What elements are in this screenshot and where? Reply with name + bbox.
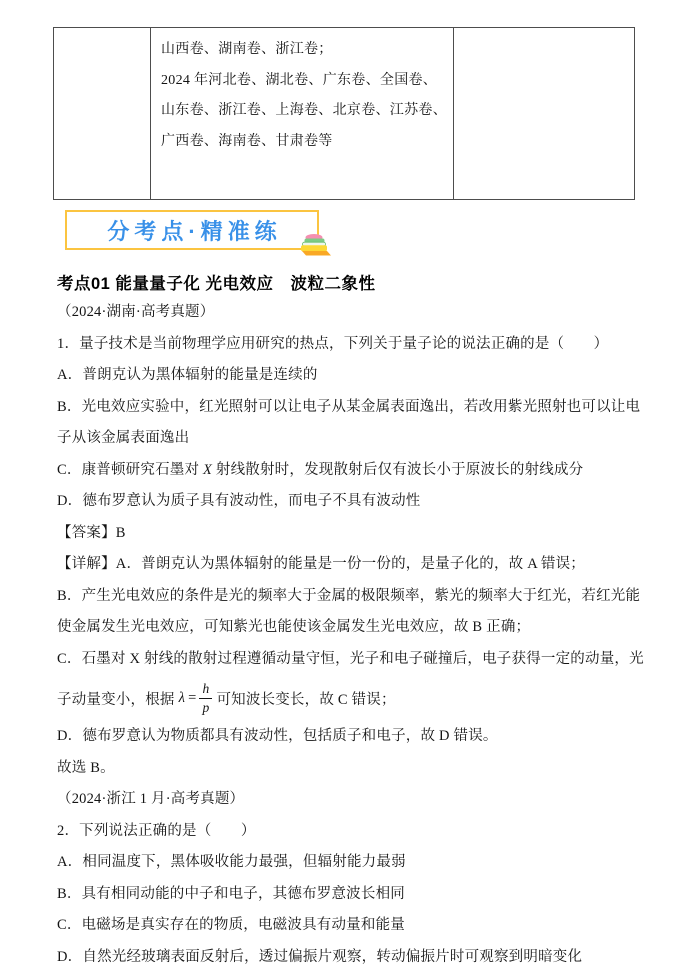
question1-option-b-line2: 子从该金属表面逸出 xyxy=(57,423,637,455)
question2-option-b: B．具有相同动能的中子和电子，其德布罗意波长相同 xyxy=(57,879,637,911)
table-cell-papers: 山西卷、湖南卷、浙江卷； 2024 年河北卷、湖北卷、广东卷、全国卷、 山东卷、… xyxy=(151,28,454,200)
answer-label: 【答案】B xyxy=(57,518,637,550)
question2-option-a: A．相同温度下，黑体吸收能力最强，但辐射能力最弱 xyxy=(57,847,637,879)
papers-text-line: 广西卷、海南卷、甘肃卷等 xyxy=(161,127,447,158)
wavelength-formula: λ = h p xyxy=(179,681,213,715)
fraction-h-over-p: h p xyxy=(199,681,212,715)
books-stack-icon xyxy=(298,231,334,259)
denominator-p: p xyxy=(202,699,209,716)
papers-text-line: 山东卷、浙江卷、上海卷、北京卷、江苏卷、 xyxy=(161,96,447,127)
table-cell-left-empty xyxy=(54,28,151,200)
question1-option-c: C．康普顿研究石墨对 X 射线散射时，发现散射后仅有波长小于原波长的射线成分 xyxy=(57,455,637,487)
question2-stem: 2．下列说法正确的是（ ） xyxy=(57,816,637,848)
document-content: （2024·湖南·高考真题） 1．量子技术是当前物理学应用研究的热点，下列关于量… xyxy=(57,297,637,973)
table-row: 山西卷、湖南卷、浙江卷； 2024 年河北卷、湖北卷、广东卷、全国卷、 山东卷、… xyxy=(54,28,635,200)
option-c-text: 射线散射时，发现散射后仅有波长小于原波长的射线成分 xyxy=(212,462,583,478)
topic-heading: 考点01 能量量子化 光电效应 波粒二象性 xyxy=(57,270,376,294)
explanation-a: 【详解】A．普朗克认为黑体辐射的能量是一份一份的，是量子化的，故 A 错误； xyxy=(57,549,637,581)
question1-option-b-line1: B．光电效应实验中，红光照射可以让电子从某金属表面逸出，若改用紫光照射也可以让电 xyxy=(57,392,637,424)
question1-source: （2024·湖南·高考真题） xyxy=(57,297,637,329)
question2-option-d: D．自然光经玻璃表面反射后，透过偏振片观察，转动偏振片时可观察到明暗变化 xyxy=(57,942,637,974)
explanation-b-line2: 使金属发生光电效应，可知紫光也能使该金属发生光电效应，故 B 正确； xyxy=(57,612,637,644)
banner-title: 分考点·精准练 xyxy=(102,215,281,246)
explanation-d: D．德布罗意认为物质都具有波动性，包括质子和电子，故 D 错误。 xyxy=(57,721,637,753)
lambda-symbol: λ xyxy=(179,690,185,707)
question1-stem: 1．量子技术是当前物理学应用研究的热点，下列关于量子论的说法正确的是（ ） xyxy=(57,329,637,361)
x-ray-variable: X xyxy=(203,462,212,478)
section-banner: 分考点·精准练 xyxy=(65,210,319,250)
exam-papers-table: 山西卷、湖南卷、浙江卷； 2024 年河北卷、湖北卷、广东卷、全国卷、 山东卷、… xyxy=(53,27,635,200)
papers-text-line: 2024 年河北卷、湖北卷、广东卷、全国卷、 xyxy=(161,66,447,97)
question1-option-d: D．德布罗意认为质子具有波动性，而电子不具有波动性 xyxy=(57,486,637,518)
papers-text-line: 山西卷、湖南卷、浙江卷； xyxy=(161,35,447,66)
explanation-c-text: 可知波长变长，故 C 错误； xyxy=(216,688,395,709)
option-c-text: C．康普顿研究石墨对 xyxy=(57,462,203,478)
conclusion: 故选 B。 xyxy=(57,753,637,785)
explanation-c-line2: 子动量变小，根据 λ = h p 可知波长变长，故 C 错误； xyxy=(57,675,637,721)
explanation-b-line1: B．产生光电效应的条件是光的频率大于金属的极限频率，紫光的频率大于红光，若红光能 xyxy=(57,581,637,613)
question2-source: （2024·浙江 1 月·高考真题） xyxy=(57,784,637,816)
explanation-c-line1: C．石墨对 X 射线的散射过程遵循动量守恒，光子和电子碰撞后，电子获得一定的动量… xyxy=(57,644,637,676)
equals-sign: = xyxy=(188,690,196,707)
question2-option-c: C．电磁场是真实存在的物质，电磁波具有动量和能量 xyxy=(57,910,637,942)
numerator-h: h xyxy=(199,681,212,699)
explanation-c-text: 子动量变小，根据 xyxy=(57,688,175,709)
table-cell-right-empty xyxy=(454,28,635,200)
question1-option-a: A．普朗克认为黑体辐射的能量是连续的 xyxy=(57,360,637,392)
